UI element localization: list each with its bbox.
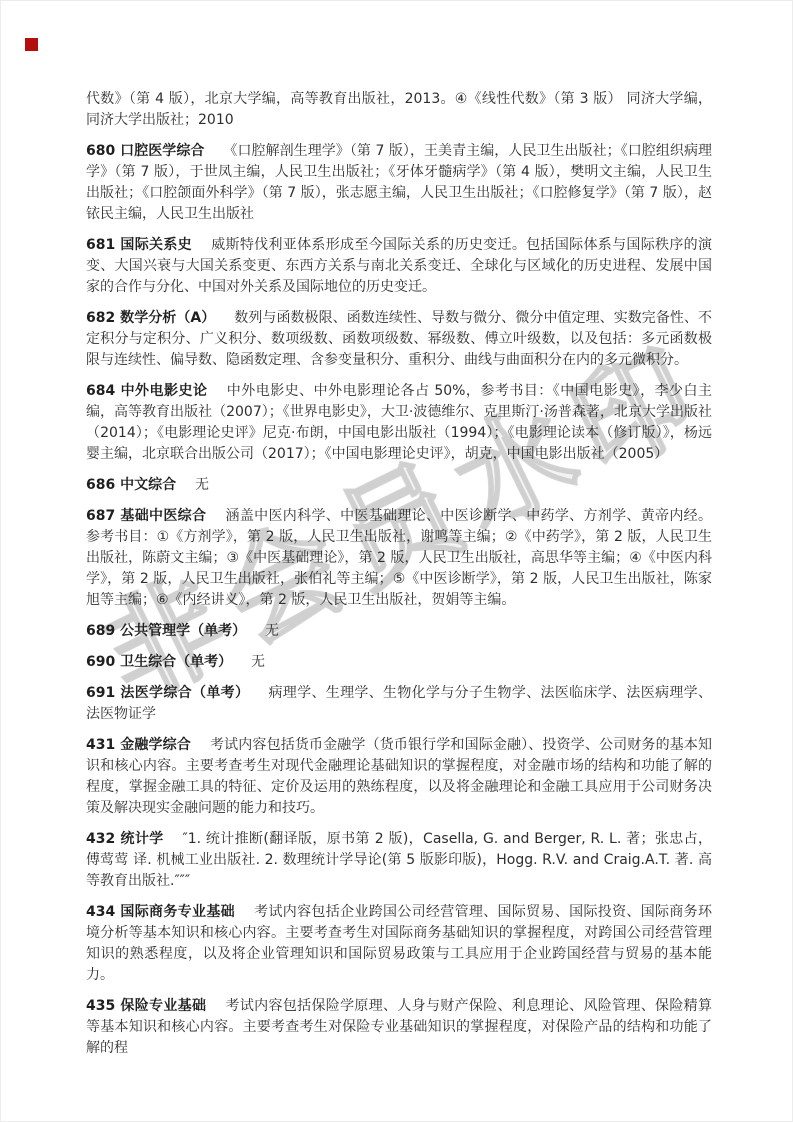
subject-code-title: 684 中外电影史论	[86, 383, 207, 399]
subject-description: 无	[251, 654, 265, 670]
exam-subject-entry: 435 保险专业基础考试内容包括保险学原理、人身与财产保险、利息理论、风险管理、…	[86, 996, 712, 1059]
document-page: 非会员水印 代数》（第 4 版），北京大学编，高等教育出版社，2013。④《线性…	[0, 0, 793, 1122]
exam-subject-entry: 434 国际商务专业基础考试内容包括企业跨国公司经营管理、国际贸易、国际投资、国…	[86, 902, 712, 986]
subject-code-title: 681 国际关系史	[86, 237, 192, 253]
subject-code-title: 432 统计学	[86, 831, 164, 847]
subject-description: 无	[265, 623, 279, 639]
subject-code-title: 691 法医学综合（单考）	[86, 685, 249, 701]
exam-subject-entry: 686 中文综合无	[86, 475, 712, 496]
exam-subject-entry: 687 基础中医综合涵盖中医内科学、中医基础理论、中医诊断学、中药学、方剂学、黄…	[86, 506, 712, 611]
exam-subject-list: 680 口腔医学综合《口腔解剖生理学》（第 7 版），王美青主编，人民卫生出版社…	[86, 141, 712, 1059]
subject-description: ″1. 统计推断(翻译版，原书第 2 版)，Casella, G. and Be…	[86, 831, 712, 889]
red-marker	[25, 38, 38, 51]
subject-code-title: 687 基础中医综合	[86, 508, 206, 524]
exam-subject-entry: 691 法医学综合（单考）病理学、生理学、生物化学与分子生物学、法医临床学、法医…	[86, 683, 712, 725]
continuation-text: 代数》（第 4 版），北京大学编，高等教育出版社，2013。④《线性代数》（第 …	[86, 89, 712, 131]
subject-description: 无	[195, 477, 209, 493]
subject-code-title: 680 口腔医学综合	[86, 143, 204, 159]
subject-code-title: 690 卫生综合（单考）	[86, 654, 232, 670]
subject-code-title: 682 数学分析（A）	[86, 310, 215, 326]
exam-subject-entry: 432 统计学″1. 统计推断(翻译版，原书第 2 版)，Casella, G.…	[86, 829, 712, 892]
page-content: 代数》（第 4 版），北京大学编，高等教育出版社，2013。④《线性代数》（第 …	[1, 1, 792, 1059]
exam-subject-entry: 690 卫生综合（单考）无	[86, 652, 712, 673]
exam-subject-entry: 680 口腔医学综合《口腔解剖生理学》（第 7 版），王美青主编，人民卫生出版社…	[86, 141, 712, 225]
subject-code-title: 689 公共管理学（单考）	[86, 623, 246, 639]
exam-subject-entry: 681 国际关系史威斯特伐利亚体系形成至今国际关系的历史变迁。包括国际体系与国际…	[86, 235, 712, 298]
exam-subject-entry: 682 数学分析（A）数列与函数极限、函数连续性、导数与微分、微分中值定理、实数…	[86, 308, 712, 371]
exam-subject-entry: 431 金融学综合考试内容包括货币金融学（货币银行学和国际金融）、投资学、公司财…	[86, 735, 712, 819]
subject-code-title: 434 国际商务专业基础	[86, 904, 235, 920]
subject-code-title: 435 保险专业基础	[86, 998, 206, 1014]
exam-subject-entry: 684 中外电影史论中外电影史、中外电影理论各占 50%，参考书目：《中国电影史…	[86, 381, 712, 465]
subject-code-title: 431 金融学综合	[86, 737, 191, 753]
exam-subject-entry: 689 公共管理学（单考）无	[86, 621, 712, 642]
subject-code-title: 686 中文综合	[86, 477, 176, 493]
